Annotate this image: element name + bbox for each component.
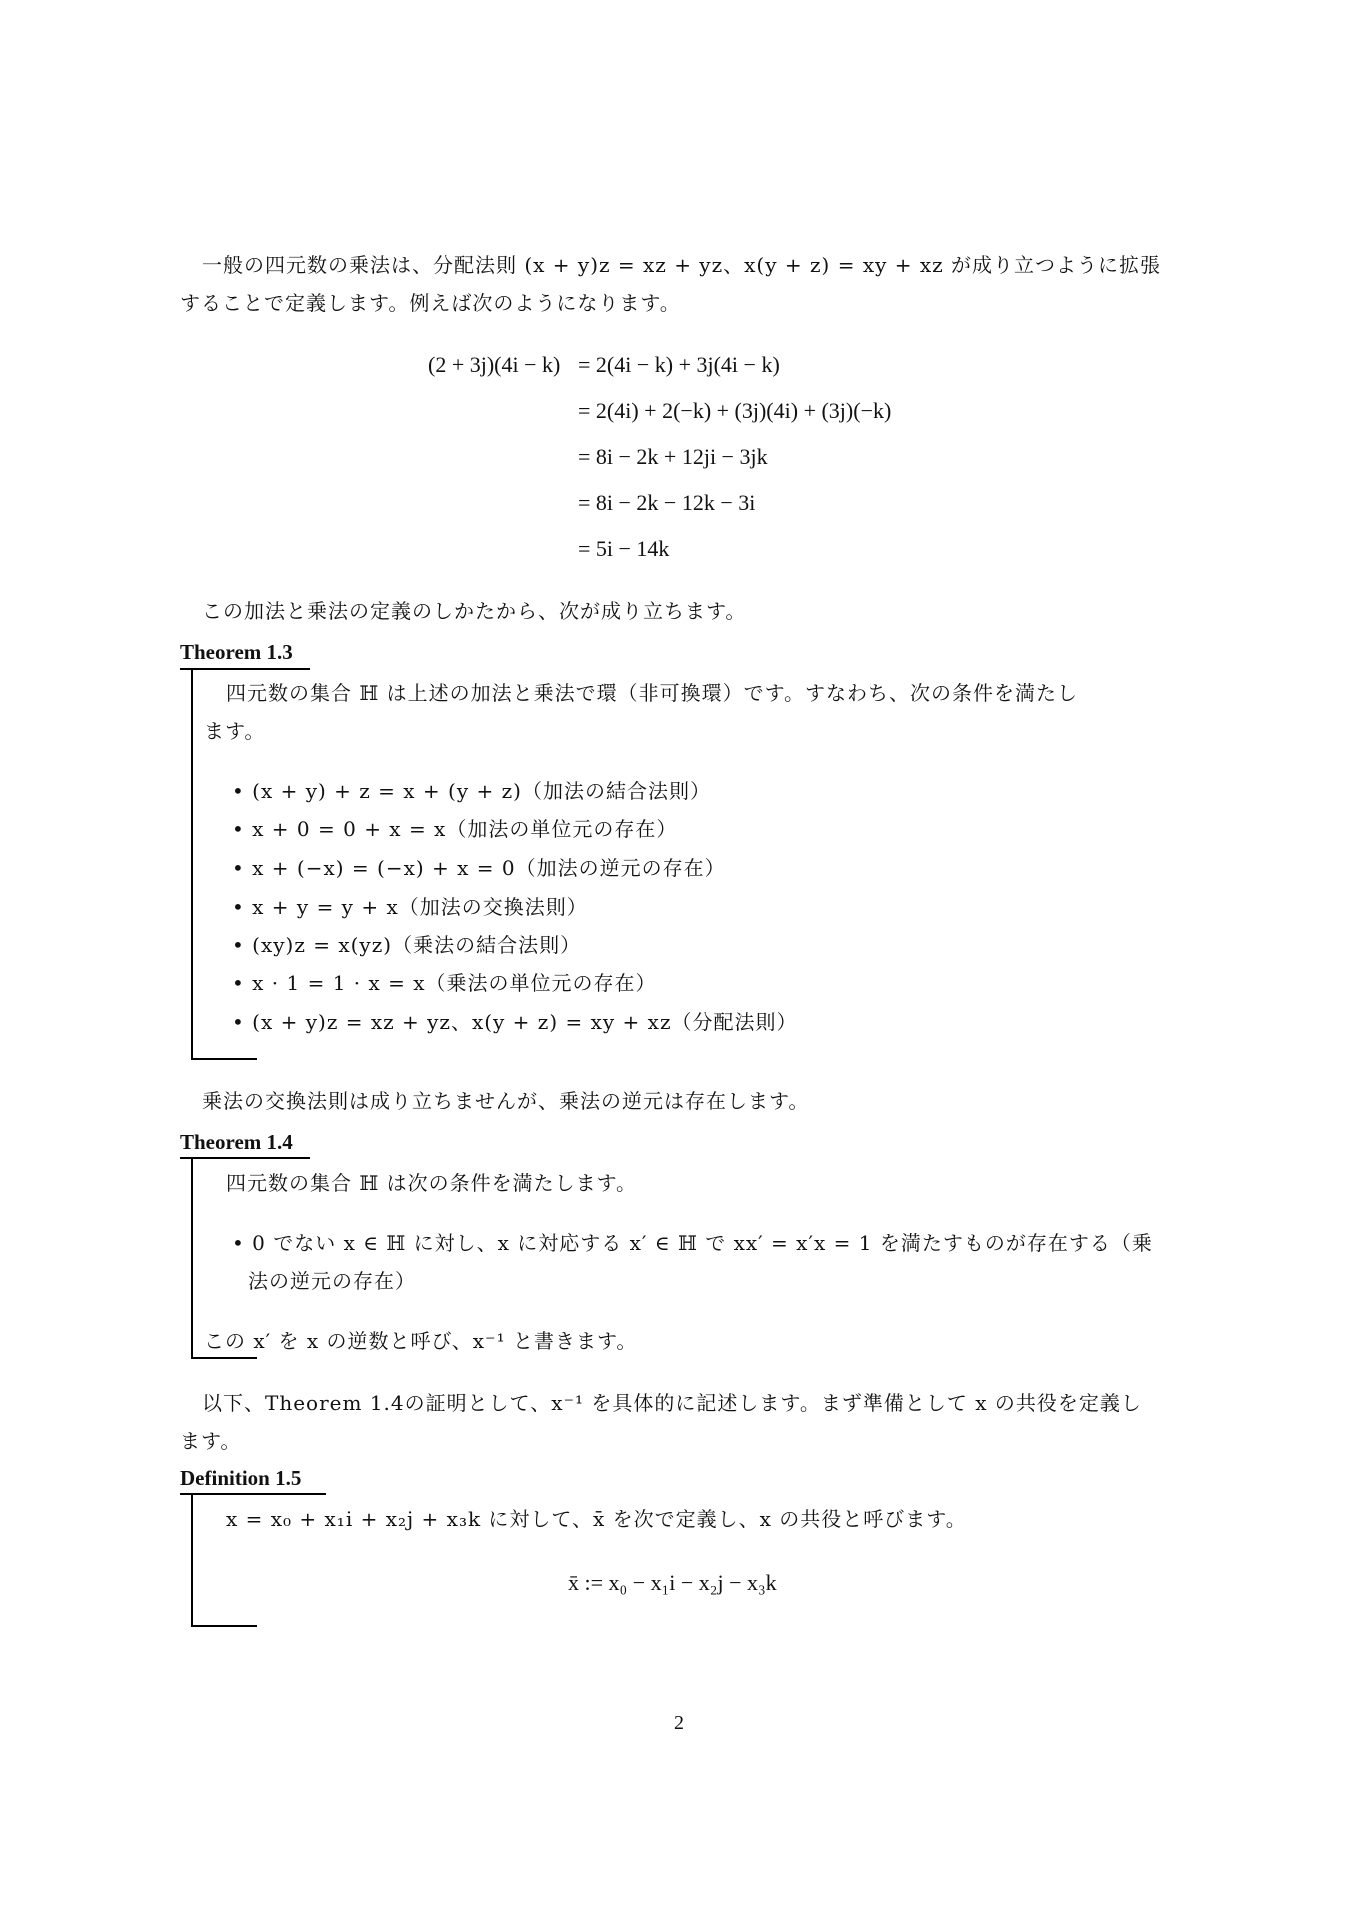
definition-1-5-body: x = x₀ + x₁i + x₂j + x₃k に対して、x̄ を次で定義し、… bbox=[226, 1500, 967, 1538]
transition-paragraph-1: この加法と乗法の定義のしかたから、次が成り立ちます。 bbox=[202, 592, 746, 630]
definition-bracket-bottom bbox=[191, 1625, 257, 1627]
intro-line-1: 一般の四元数の乗法は、分配法則 (x + y)z = xz + yz、x(y +… bbox=[202, 246, 1161, 284]
list-item: • x · 1 = 1 · x = x（乗法の単位元の存在） bbox=[232, 964, 657, 1002]
list-item-text: (x + y) + z = x + (y + z)（加法の結合法則） bbox=[252, 779, 711, 803]
equation-row-4: = 8i − 2k − 12k − 3i bbox=[578, 490, 755, 516]
theorem-1-4-closing: この x′ を x の逆数と呼び、x⁻¹ と書きます。 bbox=[204, 1322, 637, 1360]
theorem-1-4-title: Theorem 1.4 bbox=[180, 1130, 293, 1155]
list-item-text: (x + y)z = xz + yz、x(y + z) = xy + xz（分配… bbox=[252, 1010, 797, 1034]
list-item-text: x · 1 = 1 · x = x（乗法の単位元の存在） bbox=[252, 971, 656, 995]
definition-1-5-title: Definition 1.5 bbox=[180, 1466, 301, 1491]
equation-row-2: = 2(4i) + 2(−k) + (3j)(4i) + (3j)(−k) bbox=[578, 398, 891, 424]
theorem-1-3-title: Theorem 1.3 bbox=[180, 640, 293, 665]
document-page: 一般の四元数の乗法は、分配法則 (x + y)z = xz + yz、x(y +… bbox=[0, 0, 1358, 1920]
equation-row-5: = 5i − 14k bbox=[578, 536, 669, 562]
list-item: • (x + y) + z = x + (y + z)（加法の結合法則） bbox=[232, 772, 711, 810]
definition-bracket-vertical bbox=[191, 1493, 193, 1627]
list-item: • (xy)z = x(yz)（乗法の結合法則） bbox=[232, 926, 581, 964]
theorem-bracket-vertical bbox=[191, 668, 193, 1060]
list-item-text: x + (−x) = (−x) + x = 0（加法の逆元の存在） bbox=[252, 856, 725, 880]
theorem-1-4-body: 四元数の集合 ℍ は次の条件を満たします。 bbox=[226, 1164, 637, 1202]
transition-paragraph-2: 乗法の交換法則は成り立ちませんが、乗法の逆元は存在します。 bbox=[202, 1082, 809, 1120]
definition-1-5-equation: x̄ := x₀ − x₁i − x₂j − x₃k bbox=[568, 1570, 777, 1596]
page-number: 2 bbox=[674, 1712, 684, 1735]
theorem-bracket-vertical bbox=[191, 1157, 193, 1359]
transition-paragraph-3-line-2: ます。 bbox=[180, 1422, 241, 1460]
list-item: • 0 でない x ∈ ℍ に対し、x に対応する x′ ∈ ℍ で xx′ =… bbox=[232, 1224, 1153, 1262]
list-item-text: x + y = y + x（加法の交換法則） bbox=[252, 895, 588, 919]
theorem-1-3-body-line-2: ます。 bbox=[204, 712, 265, 750]
list-item: • x + 0 = 0 + x = x（加法の単位元の存在） bbox=[232, 810, 677, 848]
transition-paragraph-3-line-1: 以下、Theorem 1.4の証明として、x⁻¹ を具体的に記述します。まず準備… bbox=[202, 1384, 1142, 1422]
definition-heading-rule bbox=[180, 1493, 326, 1495]
equation-row-3: = 8i − 2k + 12ji − 3jk bbox=[578, 444, 768, 470]
list-item-text: 0 でない x ∈ ℍ に対し、x に対応する x′ ∈ ℍ で xx′ = x… bbox=[252, 1231, 1153, 1255]
list-item: • x + (−x) = (−x) + x = 0（加法の逆元の存在） bbox=[232, 849, 726, 887]
theorem-1-3-body-line-1: 四元数の集合 ℍ は上述の加法と乗法で環（非可換環）です。すなわち、次の条件を満… bbox=[226, 674, 1078, 712]
equation-row-1: = 2(4i − k) + 3j(4i − k) bbox=[578, 352, 780, 378]
list-item-text: (xy)z = x(yz)（乗法の結合法則） bbox=[252, 933, 581, 957]
theorem-heading-rule bbox=[180, 668, 310, 670]
equation-lhs: (2 + 3j)(4i − k) bbox=[428, 352, 560, 378]
intro-line-2: することで定義します。例えば次のようになります。 bbox=[180, 284, 681, 322]
list-item-text: x + 0 = 0 + x = x（加法の単位元の存在） bbox=[252, 817, 677, 841]
theorem-bracket-bottom bbox=[191, 1058, 257, 1060]
list-item-continuation: 法の逆元の存在） bbox=[248, 1262, 416, 1300]
theorem-heading-rule bbox=[180, 1157, 310, 1159]
list-item: • x + y = y + x（加法の交換法則） bbox=[232, 888, 588, 926]
list-item: • (x + y)z = xz + yz、x(y + z) = xy + xz（… bbox=[232, 1003, 797, 1041]
